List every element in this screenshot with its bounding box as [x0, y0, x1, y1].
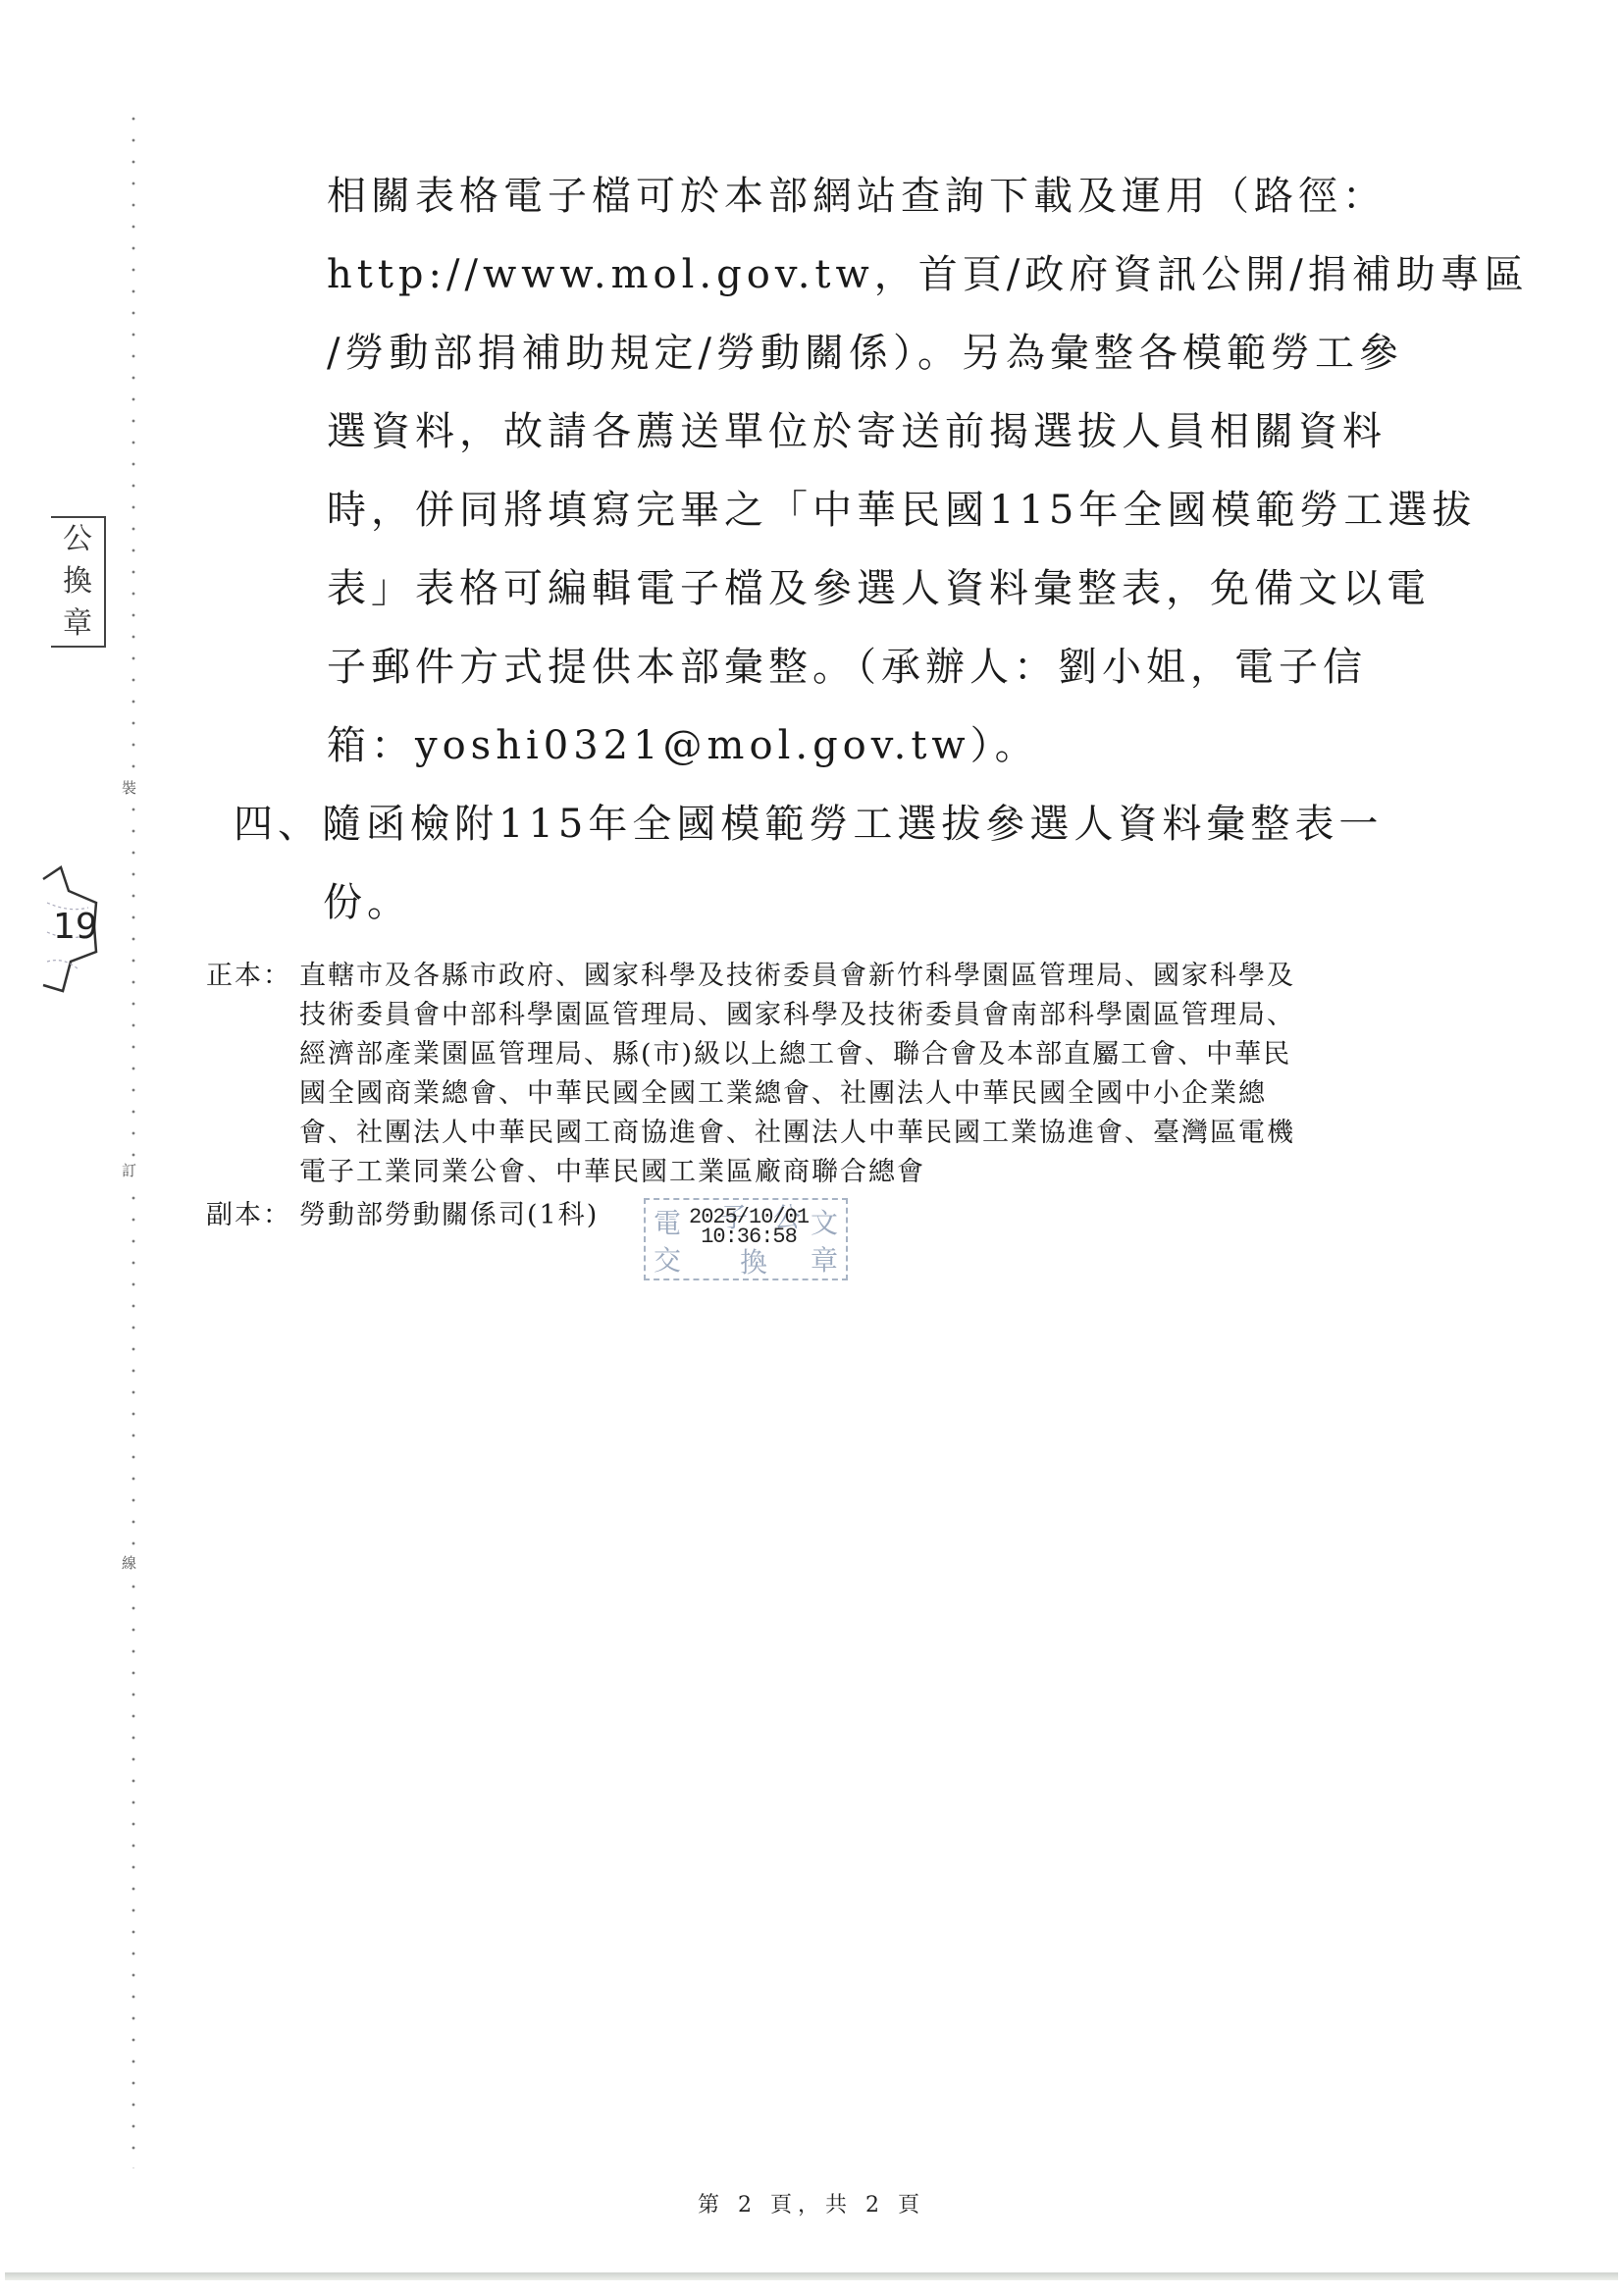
page-seal-number: 19 — [53, 907, 98, 947]
seal-char: 換 — [63, 567, 92, 597]
stamp-datetime: 2025/10/01 10:36:58 — [689, 1208, 809, 1247]
page-number: 第 2 頁，共 2 頁 — [0, 2188, 1623, 2218]
body-line: 選資料，故請各薦送單位於寄送前揭選拔人員相關資料 — [327, 392, 1465, 471]
body-line: 子郵件方式提供本部彙整。（承辦人：劉小姐，電子信 — [327, 628, 1465, 706]
page-seal-stamp: 19 — [39, 863, 108, 1001]
stamp-time: 10:36:58 — [689, 1227, 809, 1247]
primary-label: 正本： — [206, 957, 299, 1192]
body-line-email: 箱：yoshi0321@mol.gov.tw）。 — [327, 706, 1465, 785]
stamp-char: 文 — [811, 1202, 838, 1241]
body-paragraph: 相關表格電子檔可於本部網站查詢下載及運用（路徑： http://www.mol.… — [327, 157, 1465, 785]
body-line: 表」表格可編輯電子檔及參選人資料彙整表，免備文以電 — [327, 549, 1465, 628]
distribution-block: 正本： 直轄市及各縣市政府、國家科學及技術委員會新竹科學園區管理局、國家科學及 … — [206, 957, 1482, 1235]
item-four-line-2: 份。 — [234, 863, 1460, 942]
binding-dotted-line — [131, 108, 135, 2168]
stamp-char: 電 — [654, 1202, 681, 1241]
body-line: 時，併同將填寫完畢之「中華民國115年全國模範勞工選拔 — [327, 471, 1465, 549]
exchange-seal-fragment: 公 換 章 — [51, 516, 106, 648]
copy-recipient: 勞動部勞動關係司(1科) — [299, 1196, 599, 1235]
body-line: /勞動部捐補助規定/勞動關係）。另為彙整各模範勞工參 — [327, 314, 1465, 392]
primary-recipient-line: 技術委員會中部科學園區管理局、國家科學及技術委員會南部科學園區管理局、 — [299, 996, 1457, 1035]
primary-recipient-line: 直轄市及各縣市政府、國家科學及技術委員會新竹科學園區管理局、國家科學及 — [299, 957, 1457, 996]
exchange-stamp: 電 子 公 文 交 換 章 2025/10/01 10:36:58 — [644, 1198, 848, 1280]
binding-mark-ding: 訂 — [122, 1158, 136, 1182]
stamp-char: 交 — [654, 1239, 681, 1278]
primary-recipient-line: 電子工業同業公會、中華民國工業區廠商聯合總會 — [299, 1153, 1457, 1192]
primary-recipient-line: 經濟部產業園區管理局、縣(市)級以上總工會、聯合會及本部直屬工會、中華民 — [299, 1035, 1457, 1074]
primary-recipients: 正本： 直轄市及各縣市政府、國家科學及技術委員會新竹科學園區管理局、國家科學及 … — [206, 957, 1482, 1192]
primary-recipient-line: 國全國商業總會、中華民國全國工業總會、社團法人中華民國全國中小企業總 — [299, 1074, 1457, 1114]
stamp-char: 章 — [811, 1239, 838, 1278]
item-four-line-1: 四、隨函檢附115年全國模範勞工選拔參選人資料彙整表一 — [234, 785, 1460, 863]
item-four: 四、隨函檢附115年全國模範勞工選拔參選人資料彙整表一 份。 — [234, 785, 1460, 942]
primary-recipient-line: 會、社團法人中華民國工商協進會、社團法人中華民國工業協進會、臺灣區電機 — [299, 1114, 1457, 1153]
seal-char: 章 — [63, 609, 92, 639]
binding-mark-xian: 線 — [122, 1550, 136, 1575]
body-line: 相關表格電子檔可於本部網站查詢下載及運用（路徑： — [327, 157, 1465, 235]
seal-char: 公 — [63, 525, 92, 554]
scan-edge — [5, 2272, 1618, 2280]
body-line: http://www.mol.gov.tw，首頁/政府資訊公開/捐補助專區 — [327, 235, 1465, 314]
binding-mark-zhuang: 裝 — [122, 775, 136, 800]
copy-label: 副本： — [206, 1196, 299, 1235]
